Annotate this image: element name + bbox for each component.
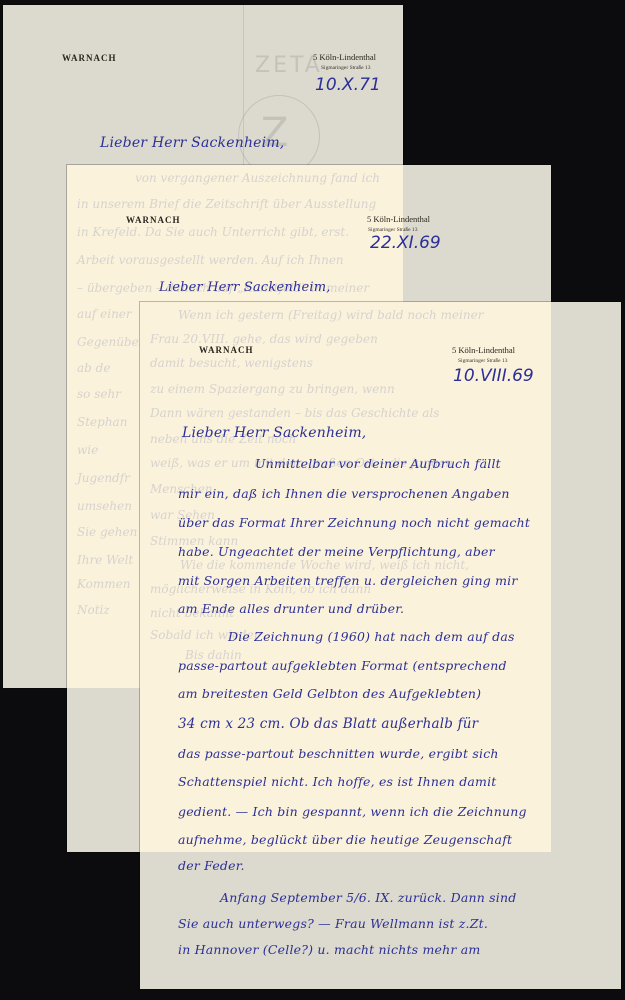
ghost-line: Stephan — [77, 415, 127, 429]
body-line: mit Sorgen Arbeiten treffen u. dergleich… — [178, 573, 518, 588]
ghost-line: in Krefeld. Da Sie auch Unterricht gibt,… — [77, 225, 349, 239]
ghost-line: wie — [77, 443, 98, 457]
body-line: am Ende alles drunter und drüber. — [178, 601, 404, 616]
salutation: Lieber Herr Sackenheim, — [182, 425, 366, 441]
ghost-line: Dann wären gestanden – bis das Geschicht… — [150, 406, 439, 420]
ghost-line: ab de — [77, 361, 110, 375]
letterhead-street: Sigmaringer Straße 13 — [458, 358, 508, 364]
ghost-line: in unserem Brief die Zeitschrift über Au… — [77, 197, 376, 211]
letterhead-city: 5 Köln-Lindenthal — [367, 214, 430, 224]
letter-sheet-1969-aug: Wenn ich gestern (Freitag) wird bald noc… — [140, 302, 621, 989]
ghost-line: Ihre Welt — [77, 553, 133, 567]
body-line: 34 cm x 23 cm. Ob das Blatt außerhalb fü… — [178, 716, 478, 732]
body-line: am breitesten Geld Gelbton des Aufgekleb… — [178, 686, 481, 701]
ghost-line: zu einem Spaziergang zu bringen, wenn — [150, 382, 395, 396]
ghost-line: auf einer — [77, 307, 132, 321]
body-line: mir ein, daß ich Ihnen die versprochenen… — [178, 486, 510, 501]
ghost-line: damit besucht, wenigstens — [150, 356, 313, 370]
body-line: Sie auch unterwegs? — Frau Wellmann ist … — [178, 916, 488, 931]
salutation: Lieber Herr Sackenheim, — [159, 280, 331, 295]
body-line: Anfang September 5/6. IX. zurück. Dann s… — [220, 890, 516, 905]
ghost-line: Wie die kommende Woche wird, weiß ich ni… — [180, 558, 469, 572]
body-line: in Hannover (Celle?) u. macht nichts meh… — [178, 942, 480, 957]
ghost-line: Notiz — [77, 603, 110, 617]
ghost-line: Sie gehen — [77, 525, 137, 539]
ghost-line: Gegenüber — [77, 335, 144, 349]
body-line: Unmittelbar vor deiner Aufbruch fällt — [255, 456, 501, 471]
letterhead-street: Sigmaringer Straße 13 — [321, 65, 371, 71]
letter-date: 10.VIII.69 — [453, 366, 534, 386]
ghost-line: Kommen — [77, 577, 130, 591]
ghost-line: von vergangener Auszeichnung fand ich — [135, 171, 380, 185]
ghost-line: umsehen — [77, 499, 132, 513]
body-line: über das Format Ihrer Zeichnung noch nic… — [178, 515, 530, 530]
ghost-line: Arbeit vorausgestellt werden. Auf ich Ih… — [77, 253, 344, 267]
letterhead-city: 5 Köln-Lindenthal — [313, 52, 376, 62]
body-line: Schattenspiel nicht. Ich hoffe, es ist I… — [178, 774, 497, 789]
letterhead-name: WARNACH — [199, 345, 254, 355]
body-line: Die Zeichnung (1960) hat nach dem auf da… — [228, 629, 515, 644]
salutation: Lieber Herr Sackenheim, — [100, 135, 284, 151]
body-line: habe. Ungeachtet der meine Verpflichtung… — [178, 544, 495, 559]
letterhead-city: 5 Köln-Lindenthal — [452, 345, 515, 355]
letter-date: 10.X.71 — [315, 75, 381, 95]
letterhead-name: WARNACH — [62, 53, 117, 63]
letterhead-name: WARNACH — [126, 215, 181, 225]
body-line: das passe-partout beschnitten wurde, erg… — [178, 746, 499, 761]
body-line: aufnehme, beglückt über die heutige Zeug… — [178, 832, 512, 847]
ghost-line: Wenn ich gestern (Freitag) wird bald noc… — [178, 308, 483, 322]
body-line: der Feder. — [178, 858, 245, 873]
ghost-line: Frau 20.VIII. gehe, das wird gegeben — [150, 332, 378, 346]
body-line: passe-partout aufgeklebten Format (entsp… — [178, 658, 507, 673]
ghost-line: Jugendfr — [77, 471, 130, 485]
letter-date: 22.XI.69 — [370, 233, 441, 253]
ghost-line: so sehr — [77, 387, 121, 401]
body-line: gedient. — Ich bin gespannt, wenn ich di… — [178, 804, 527, 819]
